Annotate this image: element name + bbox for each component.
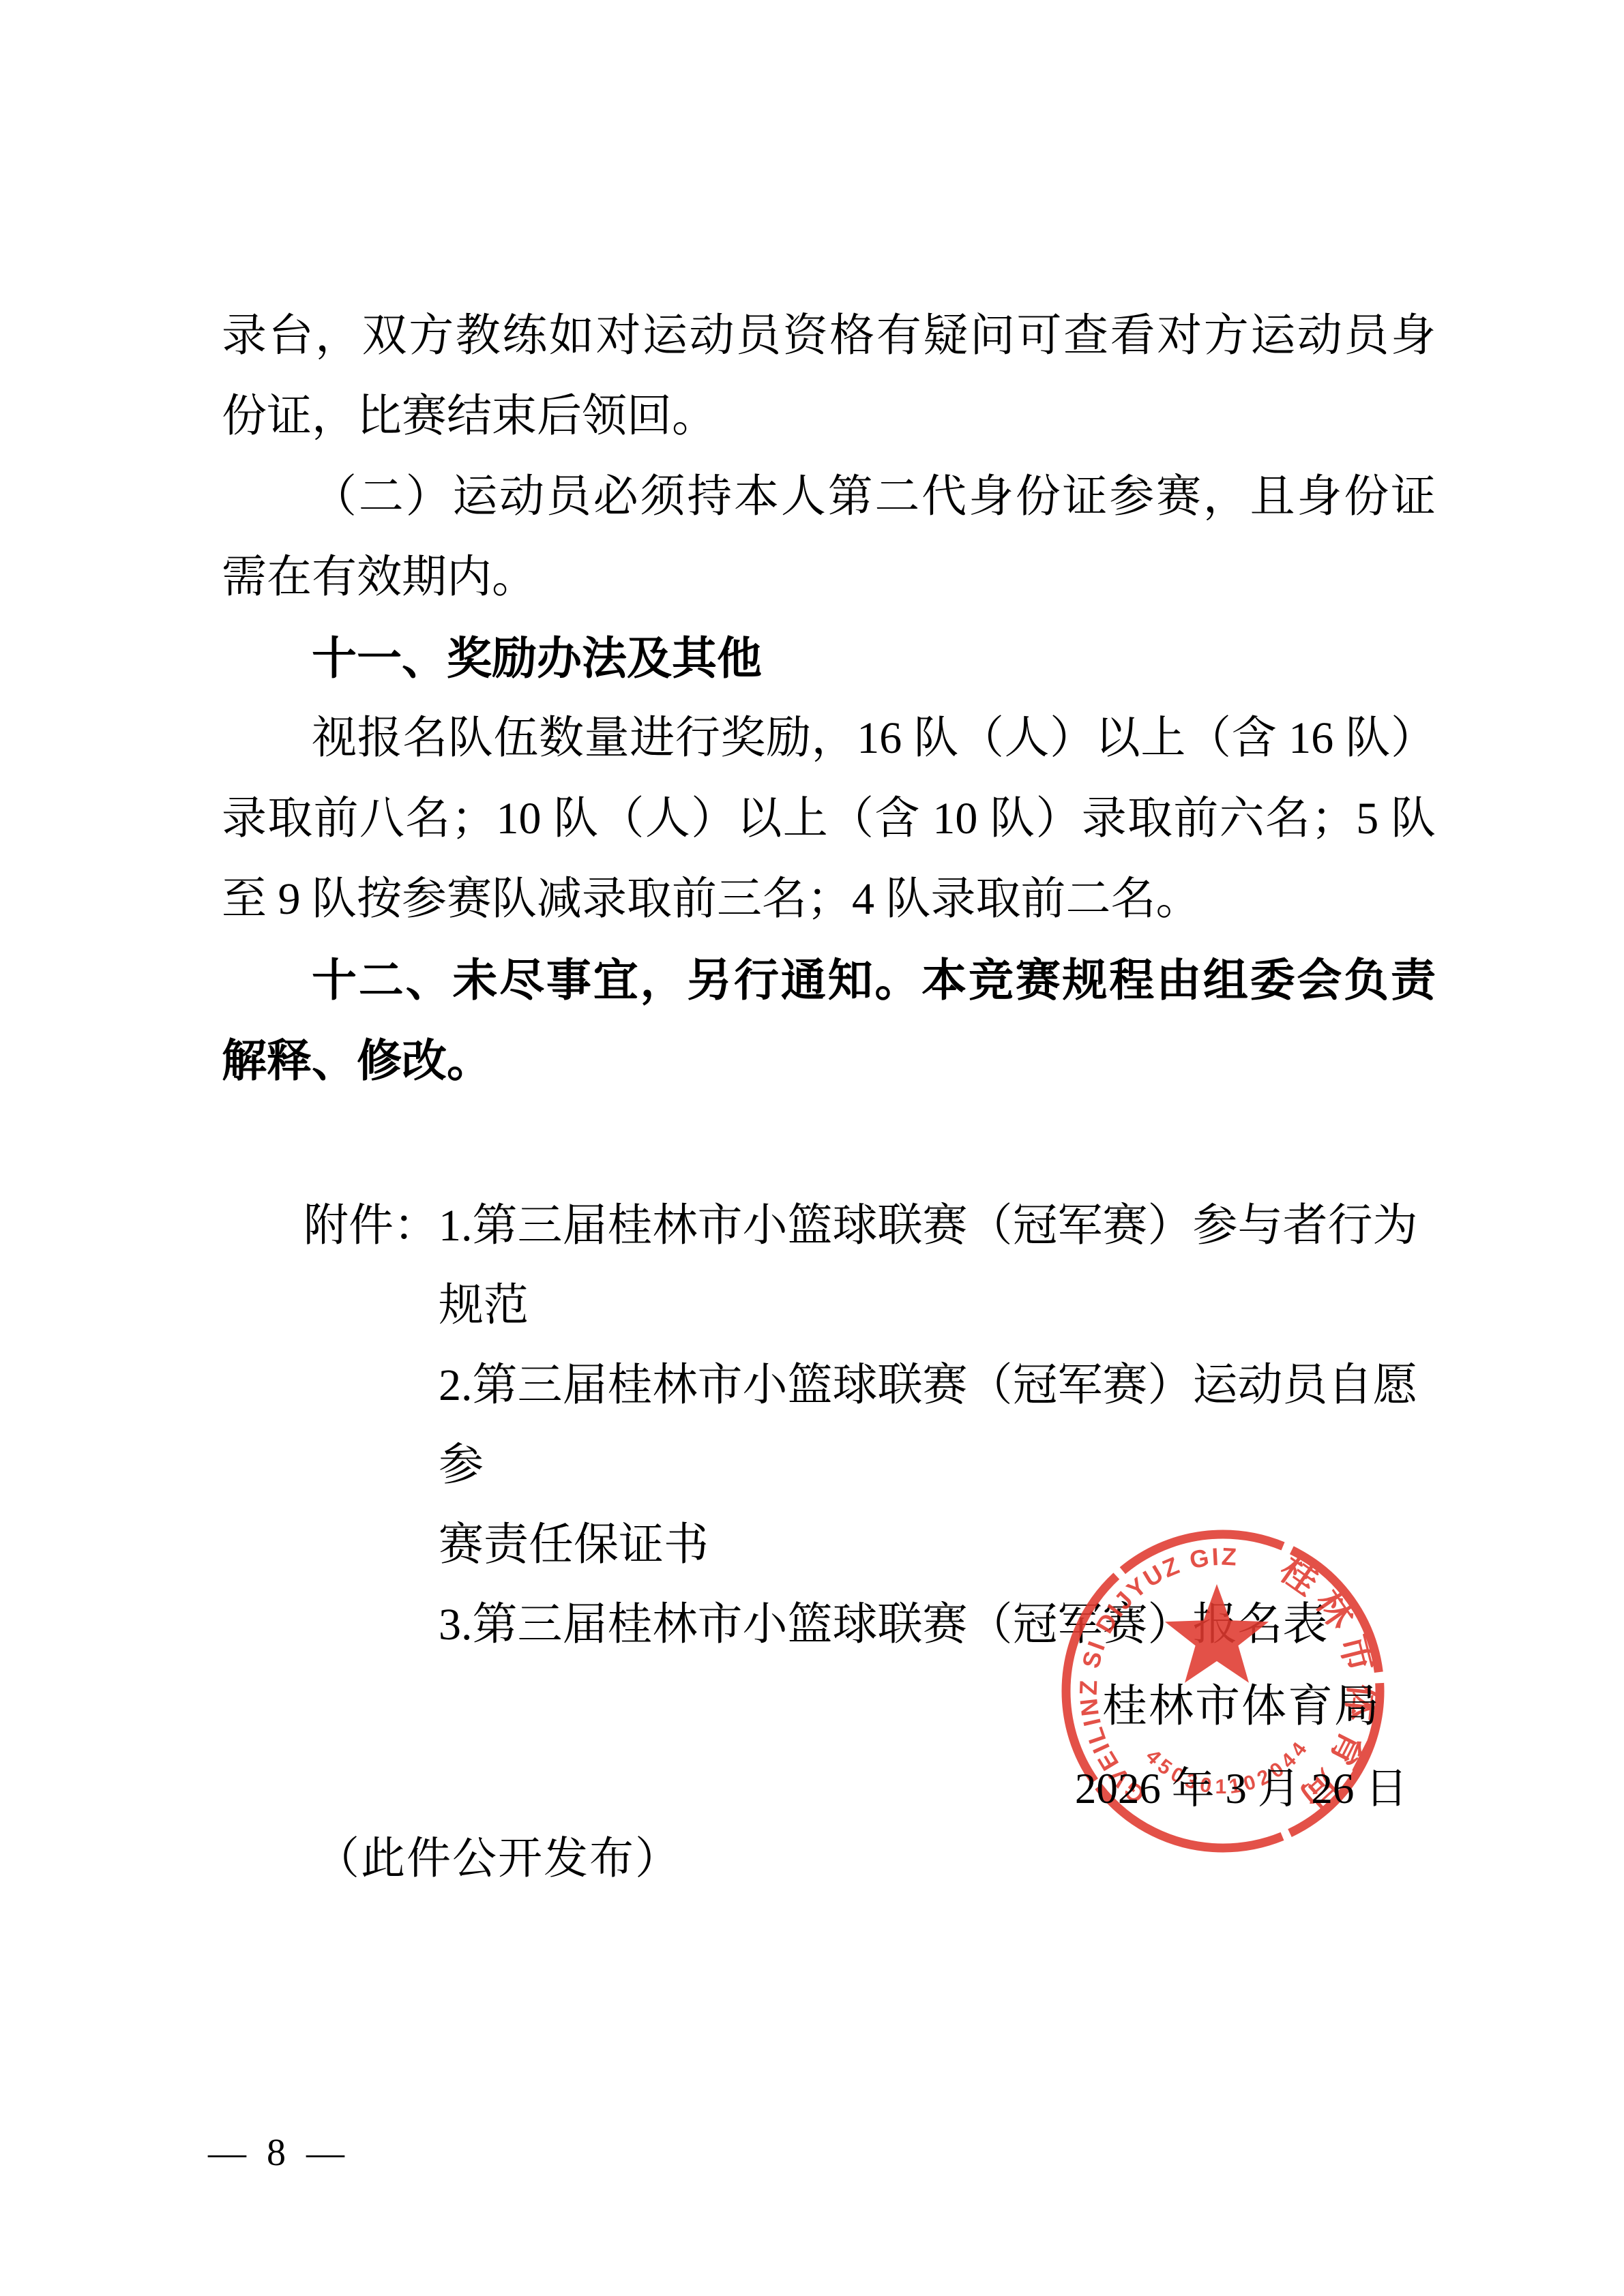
attachments-label: 附件： [304,1186,439,1665]
seal-star-icon [1165,1584,1269,1683]
paragraph-item-2: （二）运动员必须持本人第二代身份证参赛，且身份证需在有效期内。 [222,457,1436,618]
page-number: — 8 — [208,2131,350,2175]
document-body: 录台，双方教练如对运动员资格有疑问可查看对方运动员身份证，比赛结束后领回。 （二… [222,296,1436,1101]
paragraph-continuation: 录台，双方教练如对运动员资格有疑问可查看对方运动员身份证，比赛结束后领回。 [222,296,1436,457]
attachment-item-2: 2.第三届桂林市小篮球联赛（冠军赛）运动员自愿参 [439,1345,1448,1505]
section-heading-12: 十二、未尽事宜，另行通知。本竞赛规程由组委会负责解释、修改。 [222,940,1436,1101]
section-heading-11: 十一、奖励办法及其他 [222,618,1436,698]
issue-date: 2026 年 3 月 26 日 [1023,1754,1460,1816]
document-page: 录台，双方教练如对运动员资格有疑问可查看对方运动员身份证，比赛结束后领回。 （二… [0,0,1624,2296]
paragraph-awards: 视报名队伍数量进行奖励，16 队（人）以上（含 16 队）录取前八名；10 队（… [222,698,1436,940]
issuer-signature: 桂林市体育局 [1050,1669,1432,1734]
attachment-item-1: 1.第三届桂林市小篮球联赛（冠军赛）参与者行为规范 [439,1186,1448,1345]
publish-note: （此件公开发布） [315,1822,681,1886]
